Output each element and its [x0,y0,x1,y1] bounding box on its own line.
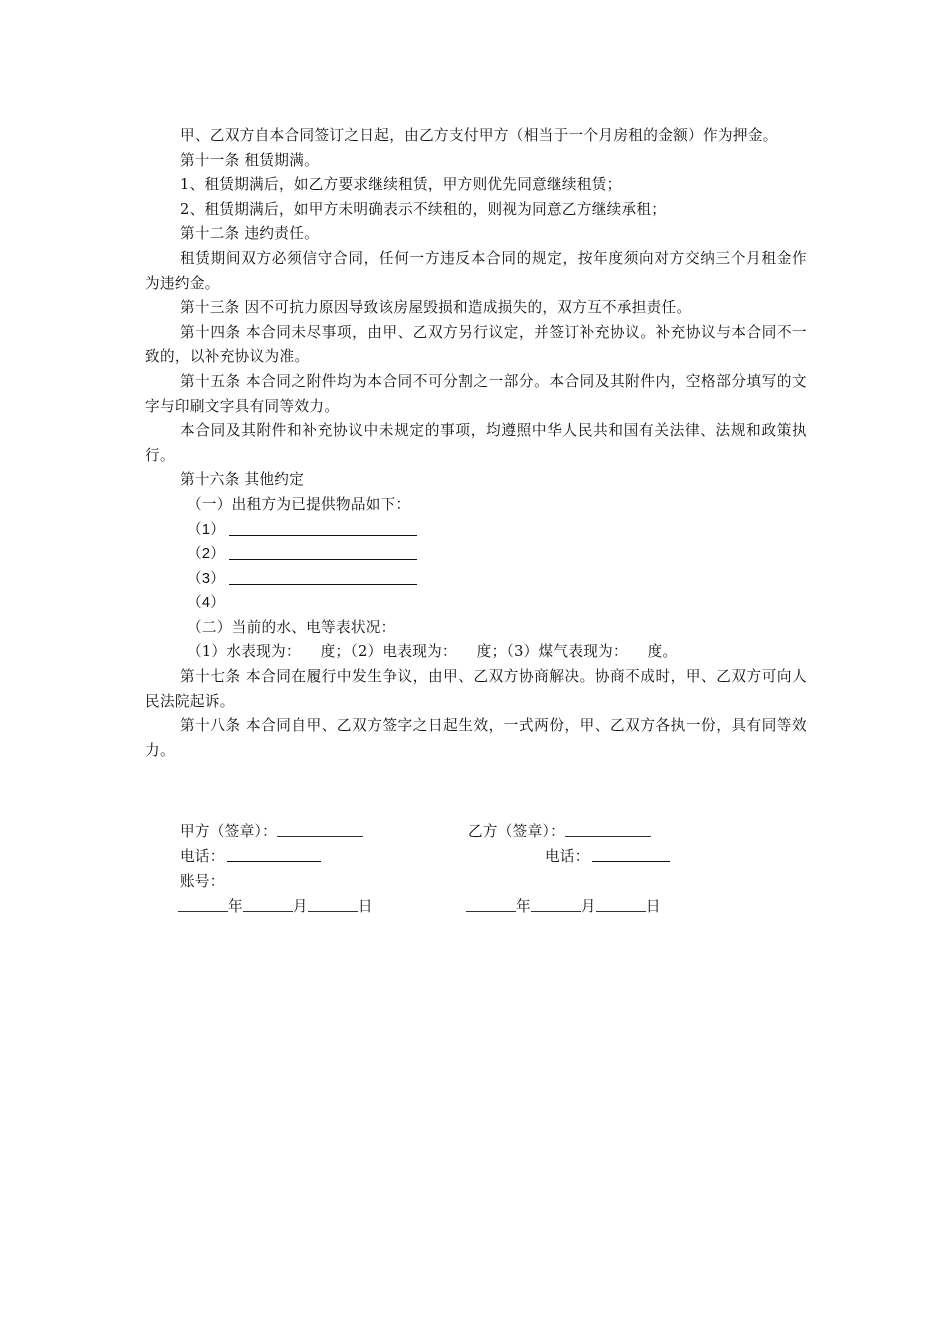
item-2-blank-field[interactable] [229,543,417,560]
month-label: 月 [293,898,308,915]
party-a-account-line: 账号： [180,870,225,895]
party-b-day-field[interactable] [596,897,646,912]
party-b-month-field[interactable] [531,897,581,912]
party-a-date-line: 年月日 [178,895,373,920]
article-12-body: 租赁期间双方必须信守合同，任何一方违反本合同的规定，按年度须向对方交纳三个月租金… [145,247,807,296]
meter-readings: （1）水表现为： 度；（2）电表现为： 度；（3）煤气表现为： 度。 [145,640,807,665]
deposit-paragraph: 甲、乙双方自本合同签订之日起，由乙方支付甲方（相当于一个月房租的金额）作为押金。 [145,124,807,149]
party-a-phone-field[interactable] [227,847,321,862]
item-1-blank-field[interactable] [229,519,417,536]
article-15: 第十五条 本合同之附件均为本合同不可分割之一部分。本合同及其附件内，空格部分填写… [145,370,807,419]
party-a-phone-line: 电话： [180,845,321,870]
party-a-sign-field[interactable] [277,822,363,837]
party-b-date-line: 年月日 [466,895,661,920]
party-a-signature-line: 甲方（签章）： [180,820,363,845]
item-3-blank-field[interactable] [229,568,417,585]
day-label: 日 [646,898,661,915]
year-label: 年 [228,898,243,915]
item-label: （2） [187,546,225,562]
party-a-account-label: 账号： [180,873,225,890]
article-11-clause-1: 1、租赁期满后，如乙方要求继续租赁，甲方则优先同意继续租赁； [145,173,807,198]
month-label: 月 [581,898,596,915]
party-a-month-field[interactable] [243,897,293,912]
party-b-phone-field[interactable] [592,847,670,862]
provided-item-3: （3） [145,567,807,592]
item-label: （1） [187,522,225,538]
party-a-day-field[interactable] [308,897,358,912]
article-14: 第十四条 本合同未尽事项，由甲、乙双方另行议定，并签订补充协议。补充协议与本合同… [145,321,807,370]
party-b-sign-label: 乙方（签章）： [468,823,565,840]
item-label: （4） [187,595,225,611]
party-b-phone-label: 电话： [545,848,590,865]
contract-page: 甲、乙双方自本合同签订之日起，由乙方支付甲方（相当于一个月房租的金额）作为押金。… [145,124,807,763]
article-17: 第十七条 本合同在履行中发生争议，由甲、乙双方协商解决。协商不成时，甲、乙双方可… [145,665,807,714]
law-paragraph: 本合同及其附件和补充协议中未规定的事项，均遵照中华人民共和国有关法律、法规和政策… [145,419,807,468]
party-b-signature-line: 乙方（签章）： [468,820,651,845]
day-label: 日 [358,898,373,915]
article-13: 第十三条 因不可抗力原因导致该房屋毁损和造成损失的，双方互不承担责任。 [145,296,807,321]
article-11-title: 第十一条 租赁期满。 [145,149,807,174]
party-a-sign-label: 甲方（签章）： [180,823,277,840]
party-a-phone-label: 电话： [180,848,225,865]
article-11-clause-2: 2、租赁期满后，如甲方未明确表示不续租的，则视为同意乙方继续承租； [145,198,807,223]
provided-item-4: （4） [145,591,807,616]
year-label: 年 [516,898,531,915]
article-12-title: 第十二条 违约责任。 [145,222,807,247]
meter-status-title: （二）当前的水、电等表状况： [145,616,807,641]
party-a-year-field[interactable] [178,897,228,912]
article-16-title: 第十六条 其他约定 [145,468,807,493]
item-label: （3） [187,571,225,587]
party-b-phone-line: 电话： [545,845,670,870]
provided-items-title: （一）出租方为已提供物品如下： [145,493,807,518]
provided-item-2: （2） [145,542,807,567]
provided-item-1: （1） [145,518,807,543]
party-b-sign-field[interactable] [565,822,651,837]
article-18: 第十八条 本合同自甲、乙双方签字之日起生效，一式两份，甲、乙双方各执一份，具有同… [145,714,807,763]
party-b-year-field[interactable] [466,897,516,912]
